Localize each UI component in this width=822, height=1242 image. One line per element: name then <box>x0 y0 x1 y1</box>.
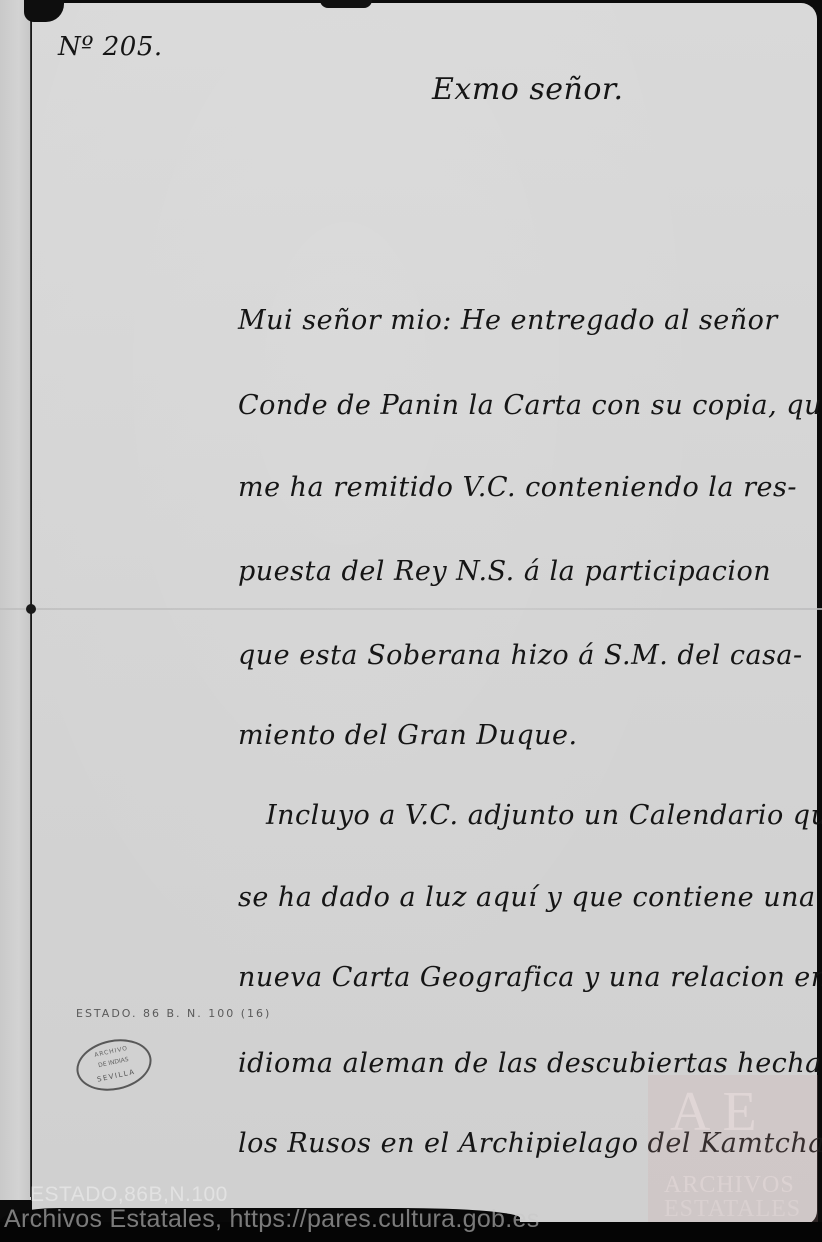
fold-mark <box>26 604 36 614</box>
scan-shadow-top <box>320 0 372 8</box>
body-line: que esta Soberana hizo á S.M. del casa- <box>238 640 803 671</box>
body-line: se ha dado a luz aquí y que contiene una <box>238 882 816 913</box>
body-line: Conde de Panin la Carta con su copia, qu… <box>238 390 822 421</box>
body-line: nueva Carta Geografica y una relacion en <box>238 962 822 993</box>
manuscript-page <box>32 3 817 1225</box>
credit-reference: ESTADO,86B,N.100 <box>30 1183 228 1207</box>
watermark-line2: ESTATALES <box>664 1196 801 1223</box>
scanned-document: Nº 205. Exmo señor. Mui señor mio: He en… <box>0 0 822 1242</box>
archivos-estatales-logo-icon: AE <box>670 1080 769 1144</box>
paper-fold <box>0 608 822 610</box>
body-line: miento del Gran Duque. <box>238 720 578 751</box>
folio-number: Nº 205. <box>58 32 163 62</box>
archive-signature-stamp: ESTADO. 86 B. N. 100 (16) <box>76 1007 271 1020</box>
watermark-line1: ARCHIVOS <box>664 1172 795 1199</box>
body-line: Mui señor mio: He entregado al señor <box>238 305 778 336</box>
verso-page-edge <box>0 0 31 1200</box>
body-line: Incluyo a V.C. adjunto un Calendario que <box>266 800 822 831</box>
body-line: me ha remitido V.C. conteniendo la res- <box>238 472 797 503</box>
body-line: puesta del Rey N.S. á la participacion <box>238 556 771 587</box>
credit-source: Archivos Estatales, https://pares.cultur… <box>4 1205 540 1234</box>
salutation-title: Exmo señor. <box>432 72 623 107</box>
